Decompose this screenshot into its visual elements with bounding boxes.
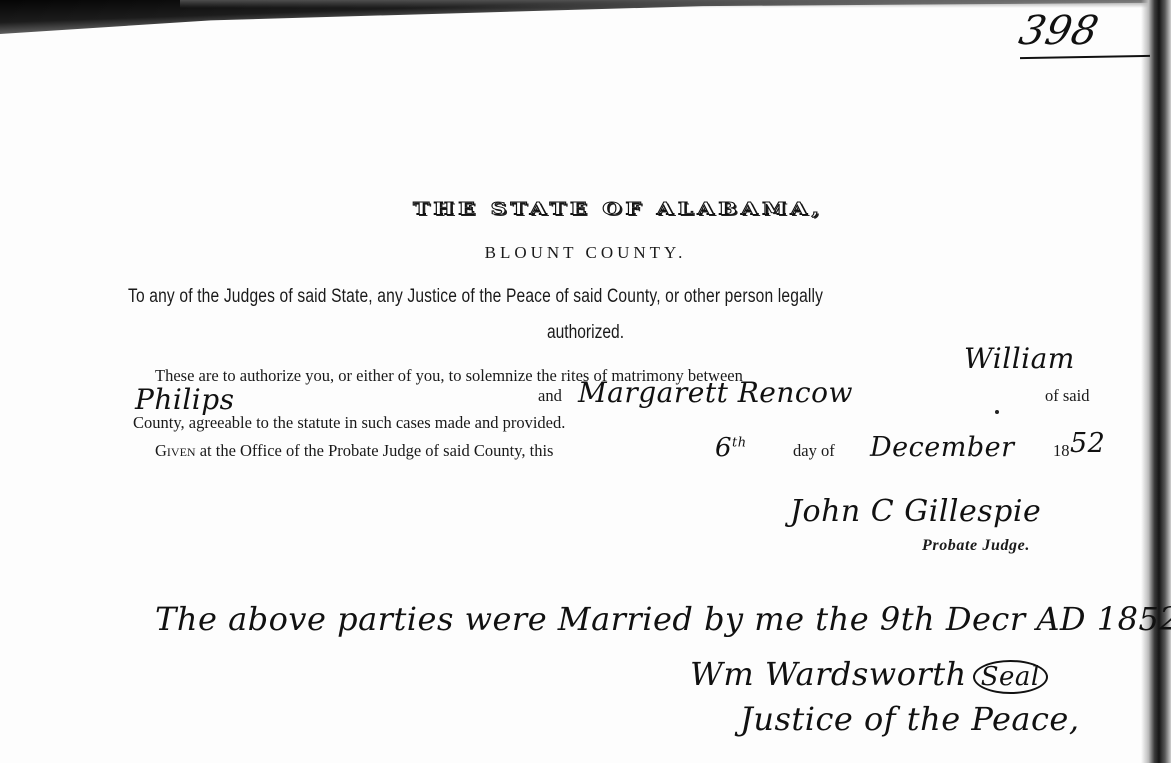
license-month: December	[870, 432, 1015, 463]
county-heading: BLOUNT COUNTY.	[0, 243, 1171, 263]
license-day-number: 6	[715, 433, 732, 463]
officiant-signature-line: Wm WardsworthSeal	[690, 655, 1048, 694]
ink-dot	[995, 410, 999, 414]
address-line: To any of the Judges of said State, any …	[128, 286, 823, 308]
state-title: THE STATE OF ALABAMA,	[256, 199, 980, 219]
officiant-title: Justice of the Peace,	[740, 700, 1079, 738]
marriage-return-line: The above parties were Married by me the…	[155, 600, 1171, 638]
body-line-4: Given at the Office of the Probate Judge…	[155, 441, 553, 461]
body-and: and	[538, 386, 562, 406]
given-word: Given	[155, 441, 196, 460]
year-printed-prefix: 18	[1053, 441, 1070, 461]
reference-underline	[1020, 55, 1150, 59]
body-of-said: of said	[1045, 386, 1089, 406]
address-line-end: authorized.	[105, 322, 1065, 344]
body-line-3: County, agreeable to the statute in such…	[133, 413, 565, 433]
license-day: 6th	[715, 433, 747, 463]
scan-binding-edge	[1141, 0, 1171, 763]
groom-first-name: William	[964, 342, 1075, 375]
scan-shadow-top-band	[180, 0, 1170, 8]
reference-number: 398	[1015, 8, 1103, 54]
judge-signature: John C Gillespie	[790, 494, 1041, 529]
marriage-license-page: 398 THE STATE OF ALABAMA, BLOUNT COUNTY.…	[0, 0, 1171, 763]
state-title-wrap: THE STATE OF ALABAMA,	[256, 196, 980, 222]
seal-mark: Seal	[973, 660, 1048, 694]
license-year-suffix: 52	[1070, 428, 1105, 459]
officiant-name: Wm Wardsworth	[690, 655, 967, 693]
given-rest: at the Office of the Probate Judge of sa…	[196, 441, 554, 460]
license-day-suffix: th	[732, 435, 747, 450]
body-day-of: day of	[793, 441, 835, 461]
bride-name: Margarett Rencow	[578, 376, 853, 409]
judge-title: Probate Judge.	[922, 537, 1030, 555]
groom-last-name: Philips	[135, 383, 235, 416]
